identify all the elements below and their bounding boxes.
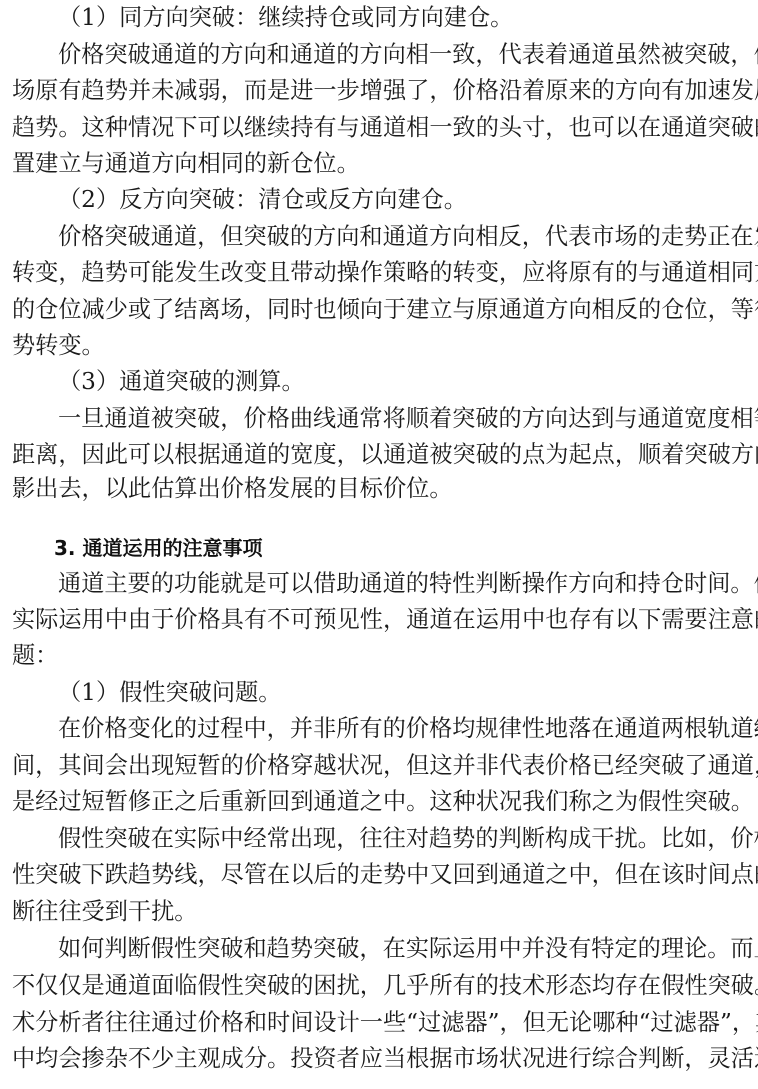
paragraph-line: 通道主要的功能就是可以借助通道的特性判断操作方向和持仓时间。但在 bbox=[58, 566, 752, 602]
paragraph-line: 的仓位减少或了结离场，同时也倾向于建立与原通道方向相反的仓位，等待趋 bbox=[12, 292, 752, 328]
paragraph-line: 趋势。这种情况下可以继续持有与通道相一致的头寸，也可以在通道突破的位 bbox=[12, 110, 752, 146]
paragraph-line: 性突破下跌趋势线，尽管在以后的走势中又回到通道之中，但在该时间点的判 bbox=[12, 857, 752, 893]
paragraph-line: 是经过短暂修正之后重新回到通道之中。这种状况我们称之为假性突破。 bbox=[12, 784, 752, 820]
list-item-heading: （1）同方向突破：继续持仓或同方向建仓。 bbox=[58, 0, 752, 36]
paragraph-line: 在价格变化的过程中，并非所有的价格均规律性地落在通道两根轨道线中 bbox=[58, 711, 752, 747]
paragraph-line: 中均会掺杂不少主观成分。投资者应当根据市场状况进行综合判断，灵活选择 bbox=[12, 1041, 752, 1077]
paragraph-line: 假性突破在实际中经常出现，往往对趋势的判断构成干扰。比如，价格假 bbox=[58, 821, 752, 857]
paragraph-line: 术分析者往往通过价格和时间设计一些“过滤器”，但无论哪种“过滤器”，其 bbox=[12, 1005, 752, 1041]
paragraph-line: 如何判断假性突破和趋势突破，在实际运用中并没有特定的理论。而且， bbox=[58, 931, 752, 967]
paragraph-line: 势转变。 bbox=[12, 328, 752, 364]
paragraph-line: 一旦通道被突破，价格曲线通常将顺着突破的方向达到与通道宽度相等的 bbox=[58, 401, 752, 437]
paragraph-line: 实际运用中由于价格具有不可预见性，通道在运用中也存有以下需要注意的问 bbox=[12, 602, 752, 638]
paragraph-line: 价格突破通道的方向和通道的方向相一致，代表着通道虽然被突破，但市 bbox=[58, 37, 752, 73]
paragraph-line: 价格突破通道，但突破的方向和通道方向相反，代表市场的走势正在发生 bbox=[58, 219, 752, 255]
paragraph-line: 转变，趋势可能发生改变且带动操作策略的转变，应将原有的与通道相同方向 bbox=[12, 255, 752, 291]
paragraph-line: 影出去，以此估算出价格发展的目标价位。 bbox=[12, 471, 752, 507]
section-heading: 3. 通道运用的注意事项 bbox=[54, 530, 262, 566]
paragraph-line: 置建立与通道方向相同的新仓位。 bbox=[12, 146, 752, 182]
paragraph-line: 题： bbox=[12, 638, 752, 674]
paragraph-line: 不仅仅是通道面临假性突破的困扰，几乎所有的技术形态均存在假性突破。技 bbox=[12, 968, 752, 1004]
paragraph-line: 距离，因此可以根据通道的宽度，以通道被突破的点为起点，顺着突破方向投 bbox=[12, 437, 752, 473]
list-item-heading: （1）假性突破问题。 bbox=[58, 675, 752, 711]
list-item-heading: （3）通道突破的测算。 bbox=[58, 364, 752, 400]
paragraph-line: 场原有趋势并未减弱，而是进一步增强了，价格沿着原来的方向有加速发展的 bbox=[12, 73, 752, 109]
document-page: （1）同方向突破：继续持仓或同方向建仓。 价格突破通道的方向和通道的方向相一致，… bbox=[0, 0, 758, 1089]
paragraph-line: 间，其间会出现短暂的价格穿越状况，但这并非代表价格已经突破了通道，而 bbox=[12, 748, 752, 784]
list-item-heading: （2）反方向突破：清仓或反方向建仓。 bbox=[58, 182, 752, 218]
paragraph-line: 断往往受到干扰。 bbox=[12, 894, 752, 930]
